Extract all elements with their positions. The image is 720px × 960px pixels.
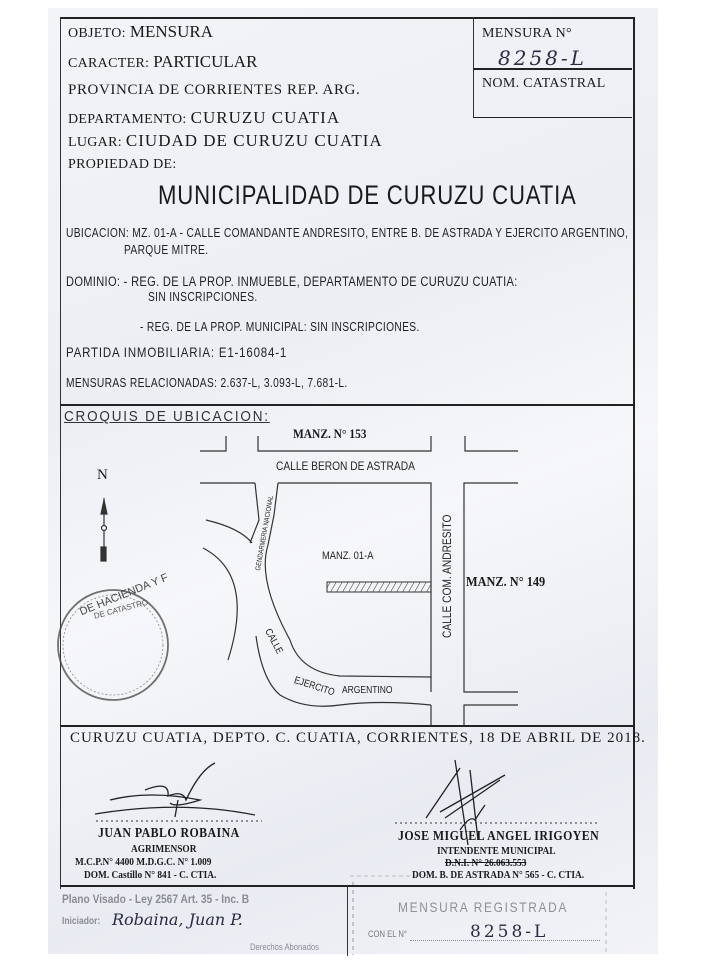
surveyor-title: AGRIMENSOR [131,843,196,855]
surveyor-registration: M.C.P.N° 4400 M.D.G.C. N° 1.009 [75,856,211,868]
mayor-address: DOM. B. DE ASTRADA N° 565 - C. CTIA. [412,869,584,881]
iniciador-value: Robaina, Juan P. [112,910,243,929]
north-label: N [97,467,108,484]
derechos-text: Derechos Abonados [250,942,319,952]
con-el-dotted-line [410,940,600,941]
iniciador-label: Iniciador: [62,916,100,927]
mayor-dni: D.N.I. N° 26.063.553 [445,857,526,869]
footer-divider [347,885,348,956]
manz-149-label: MANZ. N° 149 [466,575,545,591]
mensura-registrada-text: MENSURA REGISTRADA [398,899,568,915]
calle-beron-label: CALLE BERON DE ASTRADA [276,459,415,473]
con-el-label: CON EL N° [368,929,407,939]
manz-153-label: MANZ. N° 153 [293,426,367,442]
mayor-title: INTENDENTE MUNICIPAL [437,845,556,857]
date-top-line [60,725,634,727]
croquis-map [0,0,720,960]
plano-visado-text: Plano Visado - Ley 2567 Art. 35 - Inc. B [62,892,249,906]
calle-andresito-label: CALLE COM. ANDRESITO [440,515,454,638]
manz-01a-label: MANZ. 01-A [322,550,373,562]
surveyor-name: JUAN PABLO ROBAINA [98,826,240,842]
date-line: CURUZU CUATIA, DEPTO. C. CUATIA, CORRIEN… [70,730,646,747]
surveyor-address: DOM. Castillo N° 841 - C. CTIA. [84,869,216,881]
mayor-name: JOSE MIGUEL ANGEL IRIGOYEN [398,829,599,845]
con-el-value: 8258-L [470,922,548,942]
argentino-label: ARGENTINO [342,685,393,696]
